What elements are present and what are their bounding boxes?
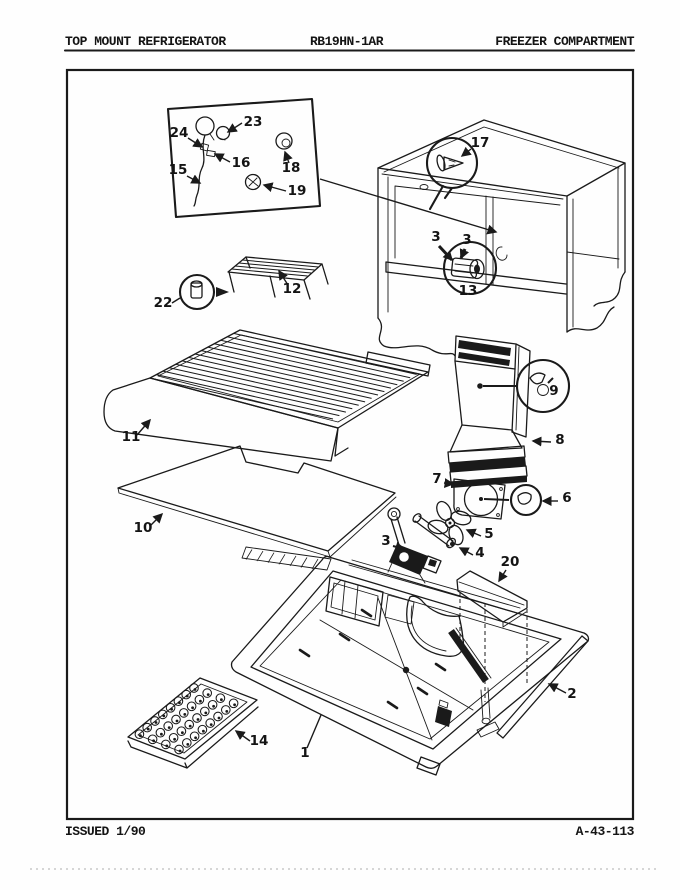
callout-3-motor: 3 <box>381 533 390 549</box>
rear-rail <box>349 560 520 613</box>
duct-flare <box>450 425 522 452</box>
callout-3-socket-right: 3 <box>462 232 471 248</box>
page-header: TOP MOUNT REFRIGERATOR RB19HN-1AR FREEZE… <box>65 34 635 51</box>
bumper-arrowhead <box>216 287 229 297</box>
callout-4: 4 <box>475 545 484 561</box>
callout-14: 14 <box>250 733 269 749</box>
callout-20: 20 <box>501 554 520 570</box>
pan-assembly <box>232 547 589 775</box>
break-line-left <box>378 318 455 356</box>
shelf-ribs <box>150 333 417 419</box>
callout-12: 12 <box>283 281 302 297</box>
drain-tab <box>435 706 452 727</box>
callout-15: 15 <box>169 162 188 178</box>
header-right-title: FREEZER COMPARTMENT <box>495 34 634 49</box>
clip-9-detail <box>517 360 569 412</box>
clip-6-detail <box>511 485 541 515</box>
air-deflector-20 <box>457 571 527 702</box>
trim-frame-2 <box>232 556 589 768</box>
footer-doc-number: A-43-113 <box>576 824 635 839</box>
page-footer: ISSUED 1/90 A-43-113 <box>30 824 660 869</box>
callout-17: 17 <box>471 135 490 151</box>
callout-16: 16 <box>232 155 251 171</box>
callout-1: 1 <box>300 745 309 761</box>
header-left-title: TOP MOUNT REFRIGERATOR <box>65 34 226 49</box>
wire-shelf-12 <box>228 257 328 299</box>
bumper-22-detail <box>180 275 229 309</box>
callout-23: 23 <box>244 114 263 130</box>
screw-17-detail <box>427 138 477 209</box>
duct-scoop <box>407 596 464 656</box>
figure-border <box>67 70 633 819</box>
callout-8: 8 <box>555 432 564 448</box>
callout-11: 11 <box>122 429 141 445</box>
callout-22: 22 <box>154 295 173 311</box>
footer-issued: ISSUED 1/90 <box>65 824 146 839</box>
inset-detail-box <box>168 99 496 232</box>
callout-6: 6 <box>562 490 571 506</box>
header-model-number: RB19HN-1AR <box>310 34 384 49</box>
callout-9: 9 <box>549 383 558 399</box>
callout-19: 19 <box>288 183 307 199</box>
callout-7: 7 <box>432 471 441 487</box>
break-line-front-right <box>567 307 614 332</box>
callout-5: 5 <box>484 526 493 542</box>
screw-hole <box>420 185 428 190</box>
inset-reference-line <box>320 179 496 232</box>
lamp-bracket <box>496 247 507 260</box>
freezer-liner <box>378 120 625 356</box>
air-duct-8 <box>448 336 569 488</box>
callout-2: 2 <box>567 686 576 702</box>
callout-13: 13 <box>459 283 478 299</box>
callout-10: 10 <box>134 520 153 536</box>
screw-shaft <box>444 157 463 170</box>
callouts: 23 24 16 15 18 19 17 22 12 13 3 3 11 10 … <box>122 114 577 761</box>
callout-24: 24 <box>170 125 189 141</box>
alignment-dashes <box>460 592 527 702</box>
break-line-back-right <box>594 272 625 306</box>
glass-panel-10 <box>118 446 396 557</box>
callout-18: 18 <box>282 160 301 176</box>
raised-box <box>326 577 383 626</box>
callout-3-socket-left: 3 <box>431 229 440 245</box>
rear-wall-strip <box>242 547 331 570</box>
bumper-body <box>191 283 202 298</box>
ice-tray-14 <box>128 678 258 768</box>
parts-diagram: TOP MOUNT REFRIGERATOR RB19HN-1AR FREEZE… <box>0 0 680 890</box>
shelf-front-skirt <box>104 378 338 461</box>
clamp-16 <box>207 150 216 156</box>
manual-page: TOP MOUNT REFRIGERATOR RB19HN-1AR FREEZE… <box>0 0 680 890</box>
ribbed-shelf-11 <box>104 330 430 461</box>
fan-motor-3 <box>388 508 441 583</box>
